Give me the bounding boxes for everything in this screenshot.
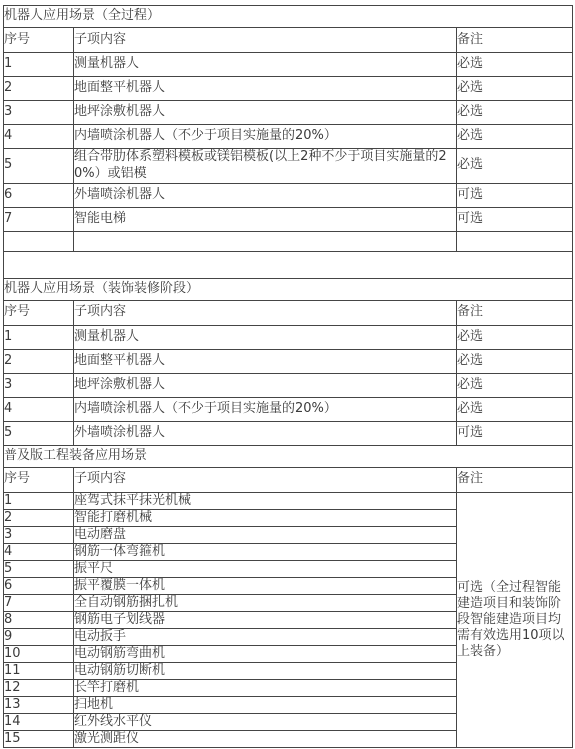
item-cell: 红外线水平仪: [74, 713, 457, 730]
column-header-item: 子项内容: [74, 28, 457, 53]
row-number-cell: 4: [4, 125, 74, 149]
row-number-cell: 9: [4, 628, 74, 645]
row-number-cell: 5: [4, 560, 74, 577]
item-cell: 地面整平机器人: [74, 349, 457, 373]
remark-cell: 必选: [457, 373, 573, 397]
remark-cell: 必选: [457, 53, 573, 77]
row-number-cell: 4: [4, 543, 74, 560]
item-cell: 智能打磨机械: [74, 509, 457, 526]
row-number-cell: 6: [4, 183, 74, 207]
section-title-row: 普及版工程装备应用场景: [4, 445, 573, 467]
column-header-row: 序号子项内容备注: [4, 300, 573, 325]
item-cell: 地坪涂敷机器人: [74, 101, 457, 125]
remark-cell: 必选: [457, 77, 573, 101]
item-cell: 内墙喷涂机器人（不少于项目实施量的20%）: [74, 125, 457, 149]
item-cell: 座驾式抹平抹光机械: [74, 492, 457, 509]
table-row: 2地面整平机器人必选: [4, 77, 573, 101]
equipment-table-body: 机器人应用场景（全过程）序号子项内容备注1测量机器人必选2地面整平机器人必选3地…: [4, 6, 573, 748]
column-header-no: 序号: [4, 28, 74, 53]
row-number-cell: 2: [4, 509, 74, 526]
table-row: 4内墙喷涂机器人（不少于项目实施量的20%）必选: [4, 125, 573, 149]
item-cell: 钢筋一体弯箍机: [74, 543, 457, 560]
section-gap-cell: [4, 251, 573, 278]
row-number-cell: 3: [4, 101, 74, 125]
item-cell: 长竿打磨机: [74, 679, 457, 696]
column-header-no: 序号: [4, 467, 74, 492]
row-number-cell: 7: [4, 594, 74, 611]
row-number-cell: 10: [4, 645, 74, 662]
row-number-cell: 3: [4, 526, 74, 543]
equipment-scenarios-table: 机器人应用场景（全过程）序号子项内容备注1测量机器人必选2地面整平机器人必选3地…: [3, 5, 573, 748]
column-header-item: 子项内容: [74, 467, 457, 492]
section-gap-row: [4, 251, 573, 278]
remark-cell: 必选: [457, 125, 573, 149]
item-cell: 钢筋电子划线器: [74, 611, 457, 628]
row-number-cell: 2: [4, 77, 74, 101]
section-title-row: 机器人应用场景（装饰装修阶段）: [4, 278, 573, 300]
remark-cell: 必选: [457, 101, 573, 125]
table-row: 3地坪涂敷机器人必选: [4, 373, 573, 397]
row-number-cell: [4, 231, 74, 251]
item-cell: 电动钢筋切断机: [74, 662, 457, 679]
row-number-cell: 8: [4, 611, 74, 628]
table-row: 1测量机器人必选: [4, 325, 573, 349]
table-row: 5组合带肋体系塑料模板或镁铝模板(以上2种不少于项目实施量的20%）或铝模必选: [4, 149, 573, 184]
column-header-no: 序号: [4, 300, 74, 325]
column-header-remark: 备注: [457, 300, 573, 325]
item-cell: 电动磨盘: [74, 526, 457, 543]
item-cell: [74, 231, 457, 251]
row-number-cell: 13: [4, 696, 74, 713]
row-number-cell: 1: [4, 492, 74, 509]
row-number-cell: 14: [4, 713, 74, 730]
row-number-cell: 11: [4, 662, 74, 679]
table-row: 5外墙喷涂机器人可选: [4, 421, 573, 445]
section-title: 普及版工程装备应用场景: [4, 445, 573, 467]
item-cell: 组合带肋体系塑料模板或镁铝模板(以上2种不少于项目实施量的20%）或铝模: [74, 149, 457, 184]
row-number-cell: 3: [4, 373, 74, 397]
item-cell: 智能电梯: [74, 207, 457, 231]
remark-cell: 可选: [457, 421, 573, 445]
row-number-cell: 12: [4, 679, 74, 696]
row-number-cell: 4: [4, 397, 74, 421]
row-number-cell: 15: [4, 730, 74, 747]
table-row: 4内墙喷涂机器人（不少于项目实施量的20%）必选: [4, 397, 573, 421]
item-cell: 测量机器人: [74, 53, 457, 77]
item-cell: 测量机器人: [74, 325, 457, 349]
row-number-cell: 2: [4, 349, 74, 373]
item-cell: 扫地机: [74, 696, 457, 713]
remark-cell: 必选: [457, 397, 573, 421]
section-title: 机器人应用场景（装饰装修阶段）: [4, 278, 573, 300]
table-row: [4, 231, 573, 251]
item-cell: 振平覆膜一体机: [74, 577, 457, 594]
item-cell: 全自动钢筋捆扎机: [74, 594, 457, 611]
item-cell: 外墙喷涂机器人: [74, 421, 457, 445]
row-number-cell: 7: [4, 207, 74, 231]
item-cell: 地面整平机器人: [74, 77, 457, 101]
remark-cell: 必选: [457, 149, 573, 184]
section-title-row: 机器人应用场景（全过程）: [4, 6, 573, 28]
table-row: 6外墙喷涂机器人可选: [4, 183, 573, 207]
item-cell: 外墙喷涂机器人: [74, 183, 457, 207]
table-row: 7智能电梯可选: [4, 207, 573, 231]
row-number-cell: 1: [4, 325, 74, 349]
column-header-row: 序号子项内容备注: [4, 28, 573, 53]
item-cell: 内墙喷涂机器人（不少于项目实施量的20%）: [74, 397, 457, 421]
remark-cell: 必选: [457, 349, 573, 373]
item-cell: 电动扳手: [74, 628, 457, 645]
item-cell: 振平尺: [74, 560, 457, 577]
row-number-cell: 6: [4, 577, 74, 594]
remark-cell: 可选: [457, 183, 573, 207]
table-row: 1座驾式抹平抹光机械可选（全过程智能建造项目和装饰阶段智能建造项目均需有效选用1…: [4, 492, 573, 509]
column-header-remark: 备注: [457, 467, 573, 492]
document-page: 机器人应用场景（全过程）序号子项内容备注1测量机器人必选2地面整平机器人必选3地…: [0, 0, 575, 749]
column-header-remark: 备注: [457, 28, 573, 53]
row-number-cell: 5: [4, 149, 74, 184]
remark-cell: [457, 231, 573, 251]
table-row: 1测量机器人必选: [4, 53, 573, 77]
item-cell: 地坪涂敷机器人: [74, 373, 457, 397]
row-number-cell: 1: [4, 53, 74, 77]
table-row: 3地坪涂敷机器人必选: [4, 101, 573, 125]
item-cell: 电动钢筋弯曲机: [74, 645, 457, 662]
row-number-cell: 5: [4, 421, 74, 445]
table-row: 2地面整平机器人必选: [4, 349, 573, 373]
section-title: 机器人应用场景（全过程）: [4, 6, 573, 28]
remark-cell: 必选: [457, 325, 573, 349]
remark-merged-cell: 可选（全过程智能建造项目和装饰阶段智能建造项目均需有效选用10项以上装备）: [457, 492, 573, 747]
column-header-item: 子项内容: [74, 300, 457, 325]
remark-cell: 可选: [457, 207, 573, 231]
item-cell: 激光测距仪: [74, 730, 457, 747]
column-header-row: 序号子项内容备注: [4, 467, 573, 492]
